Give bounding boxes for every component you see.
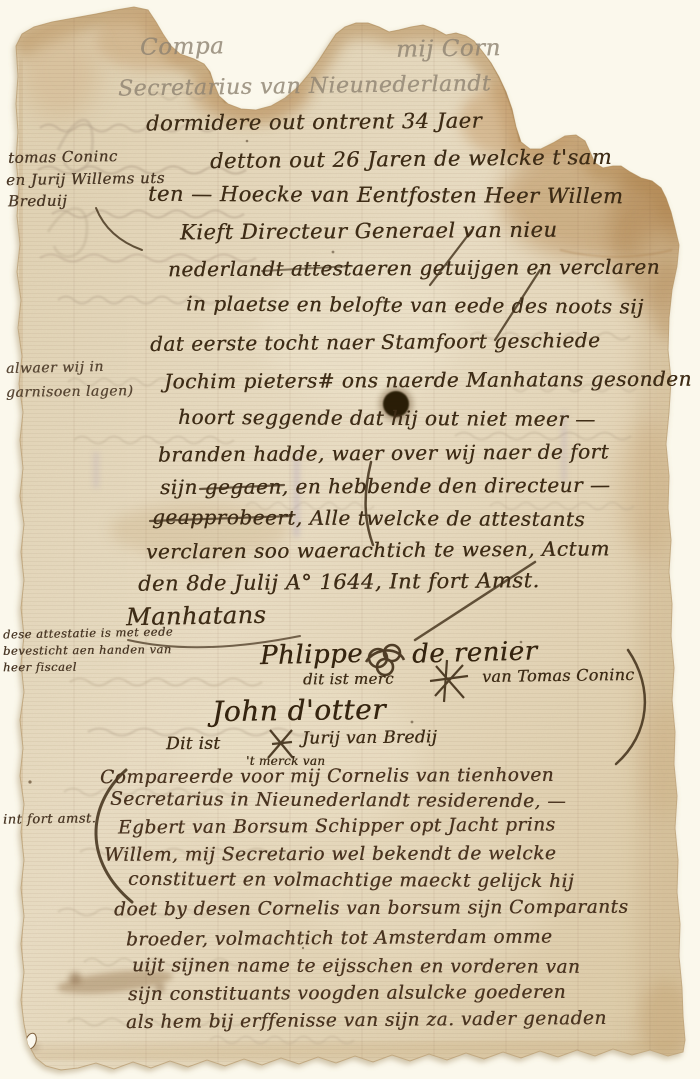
manuscript-line: Jochim pieters# ons naerde Manhatans ges… <box>164 367 692 394</box>
signature-phlippe: Phlippe <box>260 639 364 671</box>
manuscript-line: doet by desen Cornelis van borsum sijn C… <box>114 897 629 921</box>
attest-label: dit ist merc <box>303 670 394 689</box>
manuscript-line: Secretarius in Nieunederlandt residerend… <box>110 789 566 812</box>
manuscript-line: sijn gegaen, en hebbende den directeur — <box>160 473 610 499</box>
manuscript-line: Compa <box>140 33 225 60</box>
margin-note-line: dese attestatie is met eede <box>3 625 173 642</box>
manuscript-line: ten — Hoecke van Eentfosten Heer Willem <box>148 182 623 208</box>
attest-name: Jurij van Bredij <box>302 727 437 748</box>
manuscript-line: broeder, volmachtich tot Amsterdam omme <box>126 927 553 951</box>
manuscript-line: dormidere out ontrent 34 Jaer <box>146 109 482 136</box>
manuscript-line: als hem bij erffenisse van sijn za. vade… <box>126 1008 607 1033</box>
manuscript-scan: Compa mij Corn Secretarius van Nieuneder… <box>0 0 700 1079</box>
manuscript-text-layer: Compa mij Corn Secretarius van Nieuneder… <box>0 0 700 1079</box>
manuscript-line: nederlandt attestaeren getuijgen en verc… <box>168 255 660 282</box>
signature-de-renier: de renier <box>412 636 538 669</box>
manuscript-line: uijt sijnen name te eijsschen en vordere… <box>132 955 580 978</box>
margin-note-line: tomas Coninc <box>8 147 118 167</box>
date-line: den 8de Julij A° 1644, Int fort Amst. <box>138 568 540 596</box>
margin-note-line: heer fiscael <box>3 660 77 675</box>
manuscript-line: Compareerde voor mij Cornelis van tienho… <box>100 765 554 788</box>
manuscript-line: hoort seggende dat hij out niet meer — <box>178 405 596 431</box>
manuscript-line: Willem, mij Secretario wel bekendt de we… <box>104 843 556 866</box>
margin-note-line: Breduij <box>8 192 67 211</box>
manuscript-line: verclaren soo waerachtich te wesen, Actu… <box>146 536 610 563</box>
manuscript-line: branden hadde, waer over wij naer de for… <box>158 439 609 466</box>
manuscript-line: Secretarius van Nieunederlandt <box>118 71 491 101</box>
margin-note-line: garnisoen lagen) <box>6 383 134 401</box>
signature-john-dotter: John d'otter <box>212 693 386 728</box>
manuscript-line: dat eerste tocht naer Stamfoort geschied… <box>150 328 601 356</box>
manuscript-line: geapprobeert, Alle twelcke de attestants <box>152 505 585 531</box>
manuscript-line: Kieft Directeur Generael van nieu <box>180 218 558 245</box>
margin-note-line: alwaer wij in <box>6 359 104 377</box>
margin-note-line: int fort amst. <box>3 811 96 827</box>
attest-name: van Tomas Coninc <box>482 665 635 686</box>
margin-note-line: en Jurij Willems uts <box>6 169 165 189</box>
attest-label: Dit ist <box>166 734 221 754</box>
manuscript-line: constituert en volmachtige maeckt gelijc… <box>128 869 574 892</box>
margin-note-line: bevesticht aen handen van <box>3 642 172 658</box>
manuscript-line: sijn constituants voogden alsulcke goede… <box>128 982 566 1005</box>
manuscript-line: detton out 26 Jaren de welcke t'sam <box>210 145 612 173</box>
manuscript-line: in plaetse en belofte van eede des noots… <box>186 291 644 318</box>
manuscript-line: mij Corn <box>396 35 501 63</box>
manuscript-line: Egbert van Borsum Schipper opt Jacht pri… <box>118 814 556 838</box>
